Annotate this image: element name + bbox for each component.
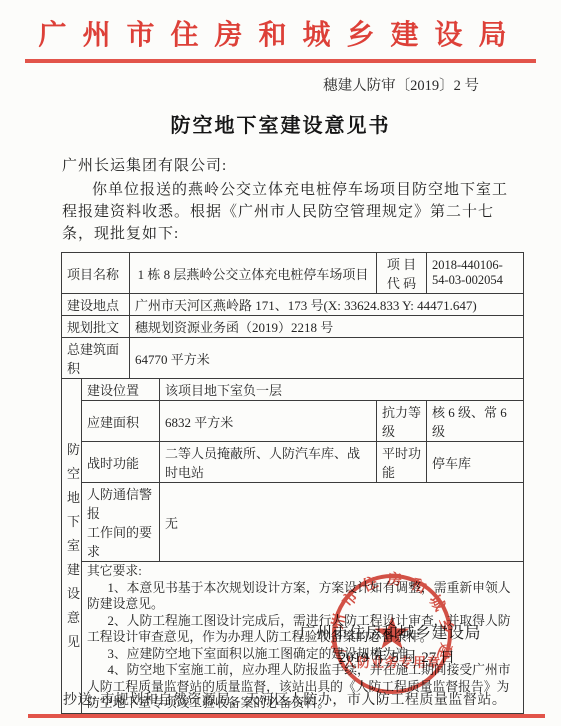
peacetime-label: 平时功 能	[377, 442, 427, 483]
signature-agency: 广州市住房和城乡建设局	[299, 620, 481, 643]
planning-value: 穗规划资源业务函（2019）2218 号	[130, 316, 524, 338]
resistance-value: 核 6 级、常 6 级	[427, 401, 524, 442]
location-label: 建设地点	[62, 294, 130, 316]
cc-distribution-line: 抄送: 市规划和自然资源局，天河区人防办，市人防工程质量监督站。	[63, 689, 506, 709]
project-code-label: 项 目 代 码	[377, 253, 427, 294]
planning-label: 规划批文	[62, 316, 130, 338]
salutation: 广州长运集团有限公司:	[62, 155, 511, 177]
signature-date: 2019 年 5 月 27 日	[339, 646, 455, 667]
footer-red-rule	[28, 714, 545, 718]
peacetime-value: 停车库	[427, 442, 524, 483]
total-area-label: 总建筑面积	[62, 338, 130, 379]
table-row: 建设地点 广州市天河区燕岭路 171、173 号(X: 33624.833 Y:…	[62, 294, 524, 316]
location-value: 广州市天河区燕岭路 171、173 号(X: 33624.833 Y: 4447…	[130, 294, 524, 316]
wartime-value: 二等人员掩蔽所、人防汽车库、战时电站	[160, 442, 377, 483]
approval-table: 项目名称 1 栋 8 层燕岭公交立体充电桩停车场项目 项 目 代 码 2018-…	[61, 252, 524, 714]
section-vertical-label: 防空地下室建设意见	[62, 379, 82, 714]
requirement-item: 1、本意见书基于本次规划设计方案，方案设计如有调整，需重新申领人防建设意见。	[87, 580, 518, 613]
table-row: 人防通信警报 工作间的要求 无	[62, 483, 524, 562]
issuing-agency-title: 广州市住房和城乡建设局	[0, 13, 561, 53]
project-name-label: 项目名称	[62, 253, 130, 294]
header-red-rule	[25, 59, 536, 63]
comm-label: 人防通信警报 工作间的要求	[82, 483, 160, 562]
table-row: 规划批文 穗规划资源业务函（2019）2218 号	[62, 316, 524, 338]
resistance-label: 抗力等 级	[377, 401, 427, 442]
required-area-value: 6832 平方米	[160, 401, 377, 442]
wartime-label: 战时功能	[82, 442, 160, 483]
other-requirements-title: 其它要求:	[87, 563, 518, 580]
position-label: 建设位置	[82, 379, 160, 401]
letter-paragraph: 你单位报送的燕岭公交立体充电桩停车场项目防空地下室工程报建资料收悉。根据《广州市…	[62, 179, 511, 245]
document-title: 防空地下室建设意见书	[0, 109, 561, 138]
table-row: 应建面积 6832 平方米 抗力等 级 核 6 级、常 6 级	[62, 401, 524, 442]
document-number: 穗建人防审〔2019〕2 号	[0, 74, 561, 95]
table-row: 总建筑面积 64770 平方米	[62, 338, 524, 379]
comm-value: 无	[160, 483, 524, 562]
required-area-label: 应建面积	[82, 401, 160, 442]
total-area-value: 64770 平方米	[130, 338, 524, 379]
letter-body: 广州长运集团有限公司: 你单位报送的燕岭公交立体充电桩停车场项目防空地下室工程报…	[62, 155, 511, 245]
table-row: 战时功能 二等人员掩蔽所、人防汽车库、战时电站 平时功 能 停车库	[62, 442, 524, 483]
project-code-value: 2018-440106- 54-03-002054	[427, 253, 524, 294]
document-page: 广州市住房和城乡建设局 穗建人防审〔2019〕2 号 防空地下室建设意见书 广州…	[0, 0, 561, 726]
project-name-value: 1 栋 8 层燕岭公交立体充电桩停车场项目	[130, 253, 377, 294]
position-value: 该项目地下室负一层	[160, 379, 524, 401]
table-row: 项目名称 1 栋 8 层燕岭公交立体充电桩停车场项目 项 目 代 码 2018-…	[62, 253, 524, 294]
table-row: 防空地下室建设意见 建设位置 该项目地下室负一层	[62, 379, 524, 401]
